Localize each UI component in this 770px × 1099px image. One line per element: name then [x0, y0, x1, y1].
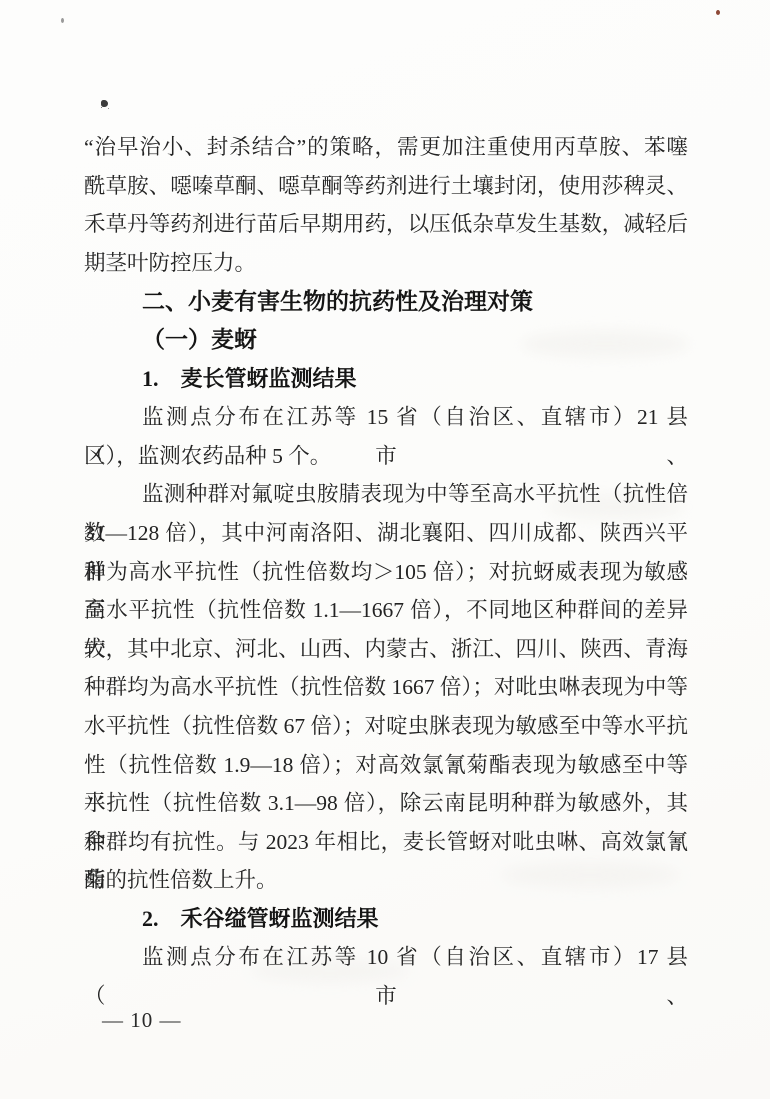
- heading-subsection-1: （一）麦蚜: [84, 321, 688, 360]
- body-line: 监测点分布在江苏等 15 省（自治区、直辖市）21 县（市、: [84, 398, 688, 437]
- page-number: — 10 —: [102, 1008, 182, 1032]
- body-line: 水平抗性（抗性倍数 67 倍）；对啶虫脒表现为敏感至中等水平抗: [84, 707, 688, 746]
- body-line: 种群均为高水平抗性（抗性倍数 1667 倍）；对吡虫啉表现为中等: [84, 668, 688, 707]
- ink-blot: [101, 100, 108, 107]
- red-scan-speck: [716, 10, 720, 15]
- body-line: 种群均有抗性。与 2023 年相比，麦长管蚜对吡虫啉、高效氯氰菊: [84, 823, 688, 862]
- body-line: “治早治小、封杀结合”的策略，需更加注重使用丙草胺、苯噻: [84, 128, 688, 167]
- heading-item-2: 2. 禾谷缢管蚜监测结果: [84, 900, 688, 939]
- body-line: 性（抗性倍数 1.9—18 倍）；对高效氯氰菊酯表现为敏感至中等水: [84, 746, 688, 785]
- body-line: 监测种群对氟啶虫胺腈表现为中等至高水平抗性（抗性倍数: [84, 475, 688, 514]
- body-line: 监测点分布在江苏等 10 省（自治区、直辖市）17 县（市、: [84, 938, 688, 977]
- scan-speck: [61, 18, 64, 23]
- body-line: 期茎叶防控压力。: [84, 244, 688, 283]
- heading-item-1: 1. 麦长管蚜监测结果: [84, 360, 688, 399]
- body-line: 大，其中北京、河北、山西、内蒙古、浙江、四川、陕西、青海: [84, 630, 688, 669]
- body-line: 高水平抗性（抗性倍数 1.1—1667 倍），不同地区种群间的差异较: [84, 591, 688, 630]
- scanned-document-page: “治早治小、封杀结合”的策略，需更加注重使用丙草胺、苯噻 酰草胺、噁嗪草酮、噁草…: [0, 0, 770, 1099]
- body-line: 群为高水平抗性（抗性倍数均＞105 倍）；对抗蚜威表现为敏感至: [84, 553, 688, 592]
- body-line: 禾草丹等药剂进行苗后早期用药，以压低杂草发生基数，减轻后: [84, 205, 688, 244]
- body-line: 酰草胺、噁嗪草酮、噁草酮等药剂进行土壤封闭，使用莎稗灵、: [84, 167, 688, 206]
- body-line: 酯的抗性倍数上升。: [84, 861, 688, 900]
- document-body: “治早治小、封杀结合”的策略，需更加注重使用丙草胺、苯噻 酰草胺、噁嗪草酮、噁草…: [84, 128, 688, 977]
- body-line: 平抗性（抗性倍数 3.1—98 倍），除云南昆明种群为敏感外，其余: [84, 784, 688, 823]
- body-line: 31—128 倍），其中河南洛阳、湖北襄阳、四川成都、陕西兴平种: [84, 514, 688, 553]
- heading-section-2: 二、小麦有害生物的抗药性及治理对策: [84, 282, 688, 321]
